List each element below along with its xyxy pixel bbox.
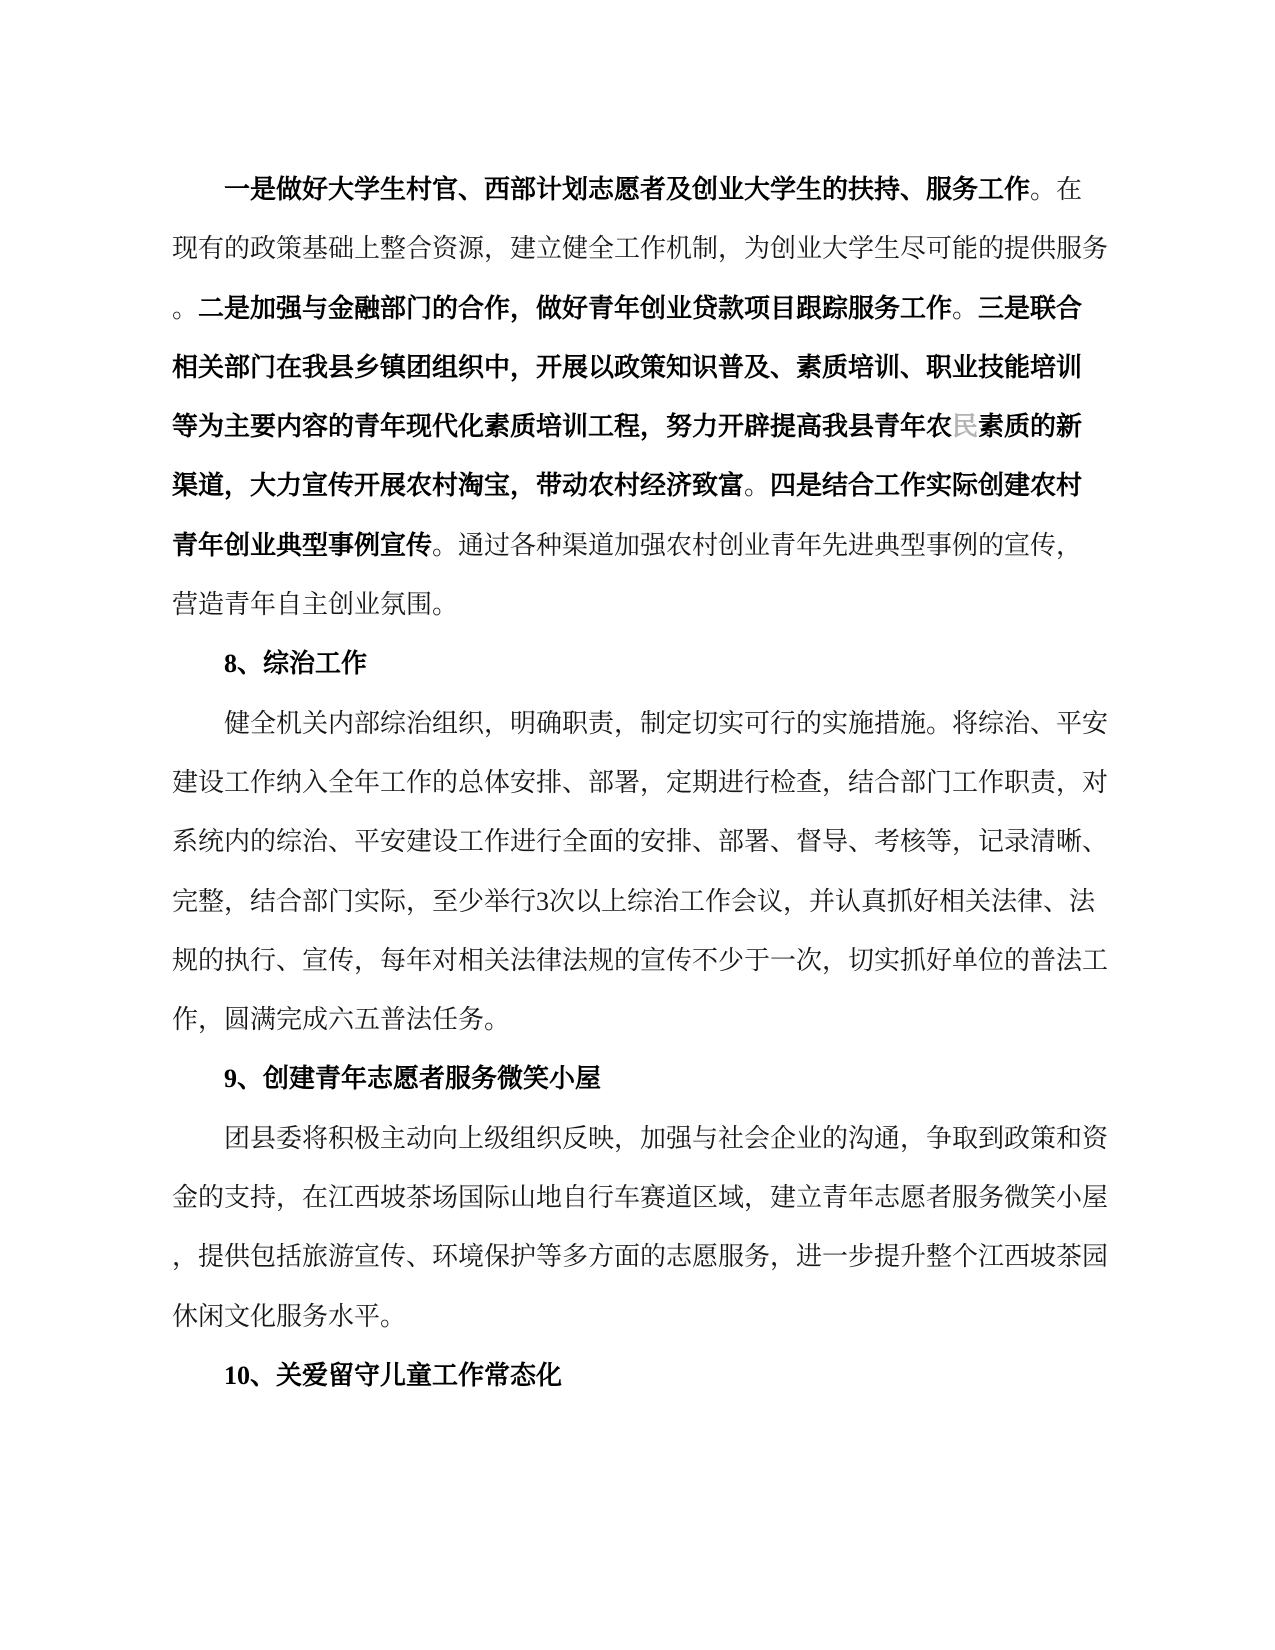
text-run-bold: 一是做好大学生村官、西部计划志愿者及创业大学生的扶持、服务工作: [224, 175, 1030, 204]
text-run-normal: ，提供包括旅游宣传、环境保护等多方面的志愿服务，进一步提升整个江西坡茶园: [172, 1242, 1108, 1271]
text-run-muted: 民: [952, 412, 978, 441]
text-line: 建设工作纳入全年工作的总体安排、部署，定期进行检查，结合部门工作职责，对: [172, 753, 1112, 812]
text-line: 等为主要内容的青年现代化素质培训工程，努力开辟提高我县青年农民素质的新: [172, 397, 1112, 456]
text-line: 。二是加强与金融部门的合作，做好青年创业贷款项目跟踪服务工作。三是联合: [172, 279, 1112, 338]
heading-block: 10、关爱留守儿童工作常态化: [172, 1346, 1112, 1405]
text-line: 金的支持，在江西坡茶场国际山地自行车赛道区域，建立青年志愿者服务微笑小屋: [172, 1168, 1112, 1227]
text-line: 10、关爱留守儿童工作常态化: [172, 1346, 1112, 1405]
text-run-normal: 规的执行、宣传，每年对相关法律法规的宣传不少于一次，切实抓好单位的普法工: [172, 946, 1108, 975]
text-run-bold: 二是加强与金融部门的合作，做好青年创业贷款项目跟踪服务工作: [198, 294, 952, 323]
text-line: 规的执行、宣传，每年对相关法律法规的宣传不少于一次，切实抓好单位的普法工: [172, 931, 1112, 990]
text-line: 相关部门在我县乡镇团组织中，开展以政策知识普及、素质培训、职业技能培训: [172, 338, 1112, 397]
text-line: 团县委将积极主动向上级组织反映，加强与社会企业的沟通，争取到政策和资: [172, 1109, 1112, 1168]
text-run-normal: 营造青年自主创业氛围。: [172, 590, 458, 619]
text-line: ，提供包括旅游宣传、环境保护等多方面的志愿服务，进一步提升整个江西坡茶园: [172, 1227, 1112, 1286]
text-line: 8、综治工作: [172, 634, 1112, 693]
text-run-normal: 。: [744, 471, 770, 500]
text-run-normal: 建设工作纳入全年工作的总体安排、部署，定期进行检查，结合部门工作职责，对: [172, 768, 1108, 797]
text-run-normal: 健全机关内部综治组织，明确职责，制定切实可行的实施措施。将综治、平安: [224, 709, 1108, 738]
text-run-normal: 现有的政策基础上整合资源，建立健全工作机制，为创业大学生尽可能的提供服务: [172, 234, 1108, 263]
heading-block: 9、创建青年志愿者服务微笑小屋: [172, 1049, 1112, 1108]
text-run-normal: 。: [172, 294, 198, 323]
text-line: 一是做好大学生村官、西部计划志愿者及创业大学生的扶持、服务工作。在: [172, 160, 1112, 219]
text-run-bold: 渠道，大力宣传开展农村淘宝，带动农村经济致富: [172, 471, 744, 500]
text-line: 渠道，大力宣传开展农村淘宝，带动农村经济致富。四是结合工作实际创建农村: [172, 456, 1112, 515]
text-run-normal: 系统内的综治、平安建设工作进行全面的安排、部署、督导、考核等，记录清晰、: [172, 827, 1108, 856]
text-line: 营造青年自主创业氛围。: [172, 575, 1112, 634]
text-run-normal: 。: [952, 294, 978, 323]
text-line: 作，圆满完成六五普法任务。: [172, 990, 1112, 1049]
paragraph-block: 团县委将积极主动向上级组织反映，加强与社会企业的沟通，争取到政策和资金的支持，在…: [172, 1109, 1112, 1346]
document-page: 一是做好大学生村官、西部计划志愿者及创业大学生的扶持、服务工作。在现有的政策基础…: [0, 0, 1275, 1650]
text-run-bold: 青年创业典型事例宣传: [172, 531, 432, 560]
text-line: 现有的政策基础上整合资源，建立健全工作机制，为创业大学生尽可能的提供服务: [172, 219, 1112, 278]
text-run-normal: 。在: [1030, 175, 1082, 204]
text-run-normal: 金的支持，在江西坡茶场国际山地自行车赛道区域，建立青年志愿者服务微笑小屋: [172, 1183, 1108, 1212]
text-run-bold: 四是结合工作实际创建农村: [770, 471, 1082, 500]
text-run-normal: 作，圆满完成六五普法任务。: [172, 1005, 510, 1034]
text-line: 9、创建青年志愿者服务微笑小屋: [172, 1049, 1112, 1108]
text-run-normal: 完整，结合部门实际，至少举行3次以上综治工作会议，并认真抓好相关法律、法: [172, 887, 1095, 916]
text-line: 系统内的综治、平安建设工作进行全面的安排、部署、督导、考核等，记录清晰、: [172, 812, 1112, 871]
text-line: 完整，结合部门实际，至少举行3次以上综治工作会议，并认真抓好相关法律、法: [172, 872, 1112, 931]
text-run-normal: 休闲文化服务水平。: [172, 1302, 406, 1331]
paragraph-block: 一是做好大学生村官、西部计划志愿者及创业大学生的扶持、服务工作。在现有的政策基础…: [172, 160, 1112, 634]
text-line: 青年创业典型事例宣传。通过各种渠道加强农村创业青年先进典型事例的宣传，: [172, 516, 1112, 575]
text-run-bold: 相关部门在我县乡镇团组织中，开展以政策知识普及、素质培训、职业技能培训: [172, 353, 1082, 382]
text-run-bold: 等为主要内容的青年现代化素质培训工程，努力开辟提高我县青年农: [172, 412, 952, 441]
text-run-normal: 团县委将积极主动向上级组织反映，加强与社会企业的沟通，争取到政策和资: [224, 1124, 1108, 1153]
paragraph-block: 健全机关内部综治组织，明确职责，制定切实可行的实施措施。将综治、平安建设工作纳入…: [172, 694, 1112, 1050]
text-run-bold: 8、综治工作: [224, 649, 367, 678]
text-line: 健全机关内部综治组织，明确职责，制定切实可行的实施措施。将综治、平安: [172, 694, 1112, 753]
heading-block: 8、综治工作: [172, 634, 1112, 693]
document-content: 一是做好大学生村官、西部计划志愿者及创业大学生的扶持、服务工作。在现有的政策基础…: [172, 160, 1112, 1405]
text-run-bold: 9、创建青年志愿者服务微笑小屋: [224, 1064, 601, 1093]
text-run-bold: 素质的新: [978, 412, 1082, 441]
text-run-bold: 三是联合: [978, 294, 1082, 323]
text-run-bold: 10、关爱留守儿童工作常态化: [224, 1361, 562, 1390]
text-run-normal: 。通过各种渠道加强农村创业青年先进典型事例的宣传，: [432, 531, 1082, 560]
text-line: 休闲文化服务水平。: [172, 1287, 1112, 1346]
